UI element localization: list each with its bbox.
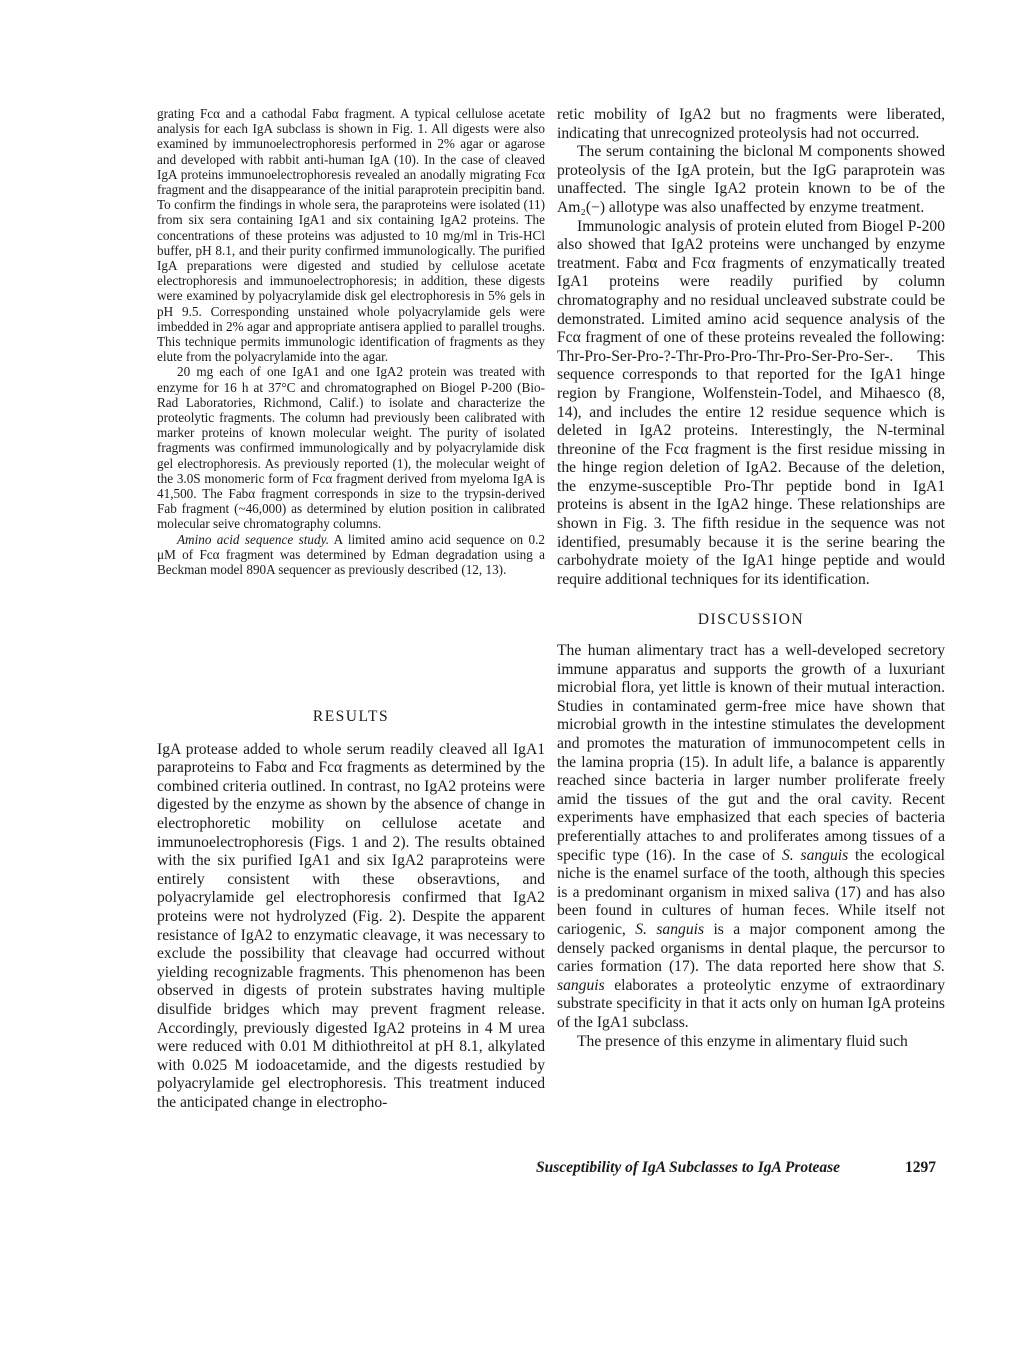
methods-paragraph-2: 20 mg each of one IgA1 and one IgA2 prot… [157,364,545,531]
discussion-paragraph-2: The presence of this enzyme in alimentar… [557,1033,945,1052]
amino-acid-heading: Amino acid sequence study. [177,532,329,547]
right-paragraph-1: retic mobility of IgA2 but no fragments … [557,106,945,143]
amino-acid-paragraph: Amino acid sequence study. A limited ami… [157,532,545,578]
right-column: retic mobility of IgA2 but no fragments … [557,106,945,1051]
results-section: RESULTS IgA protease added to whole seru… [157,708,545,1112]
discussion-heading: DISCUSSION [557,611,945,630]
page-footer: Susceptibility of IgA Subclasses to IgA … [536,1159,936,1177]
right-paragraph-2: The serum containing the biclonal M comp… [557,143,945,217]
page-number: 1297 [905,1159,936,1177]
running-title: Susceptibility of IgA Subclasses to IgA … [536,1159,840,1177]
left-column: grating Fcα and a cathodal Fabα fragment… [157,106,545,577]
species-name: S. sanguis [782,847,848,864]
document-page: grating Fcα and a cathodal Fabα fragment… [0,0,1033,1353]
results-heading: RESULTS [157,708,545,727]
right-paragraph-3: Immunologic analysis of protein eluted f… [557,218,945,590]
species-name: S. sanguis [635,921,704,938]
results-paragraph: IgA protease added to whole serum readil… [157,741,545,1113]
discussion-text: elaborates a proteolytic enzyme of extra… [557,977,945,1031]
discussion-text: The human alimentary tract has a well-de… [557,642,945,864]
discussion-paragraph-1: The human alimentary tract has a well-de… [557,642,945,1032]
methods-paragraph-1: grating Fcα and a cathodal Fabα fragment… [157,106,545,364]
